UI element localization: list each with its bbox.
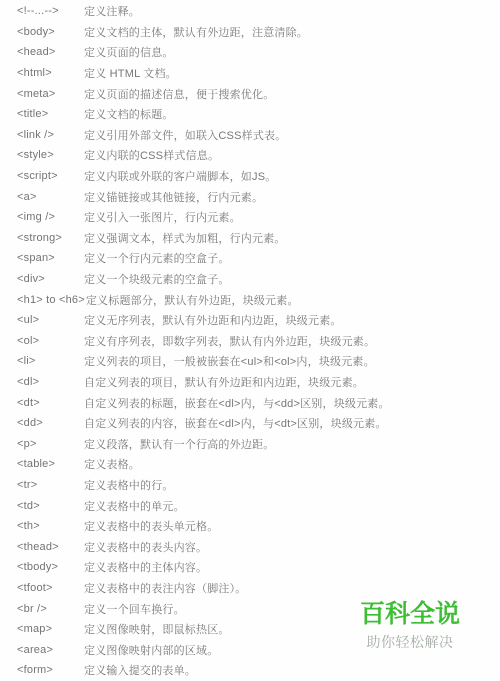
tag-name: <tfoot> — [17, 582, 83, 594]
tag-row: <thead>定义表格中的表头内容。 — [0, 536, 500, 557]
tag-description: 自定义列表的标题，嵌套在<dl>内，与<dd>区别，块级元素。 — [84, 395, 500, 411]
tag-name: <strong> — [17, 232, 83, 244]
tag-description: 定义锚链接或其他链接，行内元素。 — [84, 189, 500, 205]
tag-row: <html>定义 HTML 文档。 — [0, 63, 500, 84]
tag-description: 定义强调文本，样式为加粗，行内元素。 — [84, 230, 500, 246]
tag-description: 定义有序列表，即数字列表，默认有内外边距，块级元素。 — [84, 333, 500, 349]
tag-name: <title> — [17, 108, 83, 120]
tag-description: 定义表格中的单元。 — [84, 498, 500, 514]
tag-row: <head>定义页面的信息。 — [0, 42, 500, 63]
tag-row: <form>定义输入提交的表单。 — [0, 660, 500, 681]
tag-row: <h1> to <h6>定义标题部分，默认有外边距，块级元素。 — [0, 289, 500, 310]
tag-description: 定义列表的项目，一般被嵌套在<ul>和<ol>内，块级元素。 — [84, 353, 500, 369]
tag-name: <map> — [17, 623, 83, 635]
tag-name: <h1> to <h6> — [17, 294, 85, 306]
tag-row: <td>定义表格中的单元。 — [0, 495, 500, 516]
watermark-logo-text: 百科全说 — [358, 599, 462, 630]
tag-name: <div> — [17, 273, 83, 285]
tag-description: 定义内联或外联的客户端脚本，如JS。 — [84, 168, 500, 184]
tag-name: <dt> — [17, 397, 83, 409]
tag-description: 定义无序列表，默认有外边距和内边距，块级元素。 — [84, 312, 500, 328]
tag-row: <title>定义文档的标题。 — [0, 104, 500, 125]
tag-row: <tr>定义表格中的行。 — [0, 475, 500, 496]
tag-row: <ul>定义无序列表，默认有外边距和内边距，块级元素。 — [0, 310, 500, 331]
tag-row: <th>定义表格中的表头单元格。 — [0, 516, 500, 537]
tag-row: <dd>自定义列表的内容，嵌套在<dl>内，与<dt>区别，块级元素。 — [0, 413, 500, 434]
tag-row: <img />定义引入一张图片，行内元素。 — [0, 207, 500, 228]
tag-description: 定义内联的CSS样式信息。 — [84, 147, 500, 163]
tag-name: <meta> — [17, 88, 83, 100]
tag-description: 定义页面的信息。 — [84, 44, 500, 60]
tag-name: <tbody> — [17, 561, 83, 573]
tag-description: 定义表格中的主体内容。 — [84, 559, 500, 575]
tag-name: <body> — [17, 26, 83, 38]
tag-name: <ol> — [17, 335, 83, 347]
tag-row: <script>定义内联或外联的客户端脚本，如JS。 — [0, 166, 500, 187]
tag-description: 定义输入提交的表单。 — [84, 662, 500, 678]
tag-name: <style> — [17, 149, 83, 161]
tag-name: <p> — [17, 438, 83, 450]
tag-row: <body>定义文档的主体，默认有外边距，注意清除。 — [0, 22, 500, 43]
tag-description: 定义文档的标题。 — [84, 106, 500, 122]
tag-name: <br /> — [17, 603, 83, 615]
tag-row: <meta>定义页面的描述信息，便于搜索优化。 — [0, 83, 500, 104]
tag-row: <p>定义段落，默认有一个行高的外边距。 — [0, 433, 500, 454]
tag-description: 定义表格。 — [84, 456, 500, 472]
tag-name: <tr> — [17, 479, 83, 491]
tag-list: <!--...-->定义注释。<body>定义文档的主体，默认有外边距，注意清除… — [0, 0, 500, 681]
tag-description: 定义表格中的表头单元格。 — [84, 518, 500, 534]
tag-row: <dl>自定义列表的项目，默认有外边距和内边距，块级元素。 — [0, 372, 500, 393]
tag-description: 自定义列表的项目，默认有外边距和内边距，块级元素。 — [84, 374, 500, 390]
tag-row: <link />定义引用外部文件，如联入CSS样式表。 — [0, 125, 500, 146]
tag-name: <ul> — [17, 314, 83, 326]
tag-description: 定义一个行内元素的空盒子。 — [84, 250, 500, 266]
tag-name: <dl> — [17, 376, 83, 388]
tag-name: <img /> — [17, 211, 83, 223]
tag-row: <dt>自定义列表的标题，嵌套在<dl>内，与<dd>区别，块级元素。 — [0, 392, 500, 413]
tag-description: 自定义列表的内容，嵌套在<dl>内，与<dt>区别，块级元素。 — [84, 415, 500, 431]
tag-row: <table>定义表格。 — [0, 454, 500, 475]
tag-name: <td> — [17, 500, 83, 512]
tag-row: <tbody>定义表格中的主体内容。 — [0, 557, 500, 578]
tag-name: <script> — [17, 170, 83, 182]
tag-row: <div>定义一个块级元素的空盒子。 — [0, 269, 500, 290]
tag-description: 定义表格中的行。 — [84, 477, 500, 493]
tag-description: 定义文档的主体，默认有外边距，注意清除。 — [84, 24, 500, 40]
tag-name: <a> — [17, 191, 83, 203]
tag-row: <strong>定义强调文本，样式为加粗，行内元素。 — [0, 228, 500, 249]
tag-name: <html> — [17, 67, 83, 79]
tag-name: <li> — [17, 355, 83, 367]
tag-name: <head> — [17, 46, 83, 58]
tag-name: <link /> — [17, 129, 83, 141]
tag-row: <!--...-->定义注释。 — [0, 1, 500, 22]
tag-description: 定义表格中的表头内容。 — [84, 539, 500, 555]
tag-name: <table> — [17, 458, 83, 470]
tag-name: <span> — [17, 252, 83, 264]
tag-row: <style>定义内联的CSS样式信息。 — [0, 145, 500, 166]
tag-name: <area> — [17, 644, 83, 656]
tag-description: 定义 HTML 文档。 — [84, 65, 500, 81]
tag-name: <form> — [17, 664, 83, 676]
watermark-slogan: 助你轻松解决 — [358, 632, 462, 652]
tag-description: 定义段落，默认有一个行高的外边距。 — [84, 436, 500, 452]
html-tag-reference-page: <!--...-->定义注释。<body>定义文档的主体，默认有外边距，注意清除… — [0, 0, 500, 681]
tag-description: 定义一个块级元素的空盒子。 — [84, 271, 500, 287]
tag-name: <dd> — [17, 417, 83, 429]
tag-row: <span>定义一个行内元素的空盒子。 — [0, 248, 500, 269]
tag-description: 定义页面的描述信息，便于搜索优化。 — [84, 86, 500, 102]
tag-description: 定义引入一张图片，行内元素。 — [84, 209, 500, 225]
tag-description: 定义注释。 — [84, 3, 500, 19]
tag-name: <thead> — [17, 541, 83, 553]
tag-row: <tfoot>定义表格中的表注内容（脚注）。 — [0, 578, 500, 599]
tag-name: <th> — [17, 520, 83, 532]
tag-description: 定义标题部分，默认有外边距，块级元素。 — [86, 292, 500, 308]
tag-row: <ol>定义有序列表，即数字列表，默认有内外边距，块级元素。 — [0, 331, 500, 352]
tag-description: 定义引用外部文件，如联入CSS样式表。 — [84, 127, 500, 143]
watermark: 百科全说 助你轻松解决 — [358, 599, 462, 652]
tag-row: <li>定义列表的项目，一般被嵌套在<ul>和<ol>内，块级元素。 — [0, 351, 500, 372]
tag-row: <a>定义锚链接或其他链接，行内元素。 — [0, 186, 500, 207]
tag-name: <!--...--> — [17, 5, 83, 17]
tag-description: 定义表格中的表注内容（脚注）。 — [84, 580, 500, 596]
